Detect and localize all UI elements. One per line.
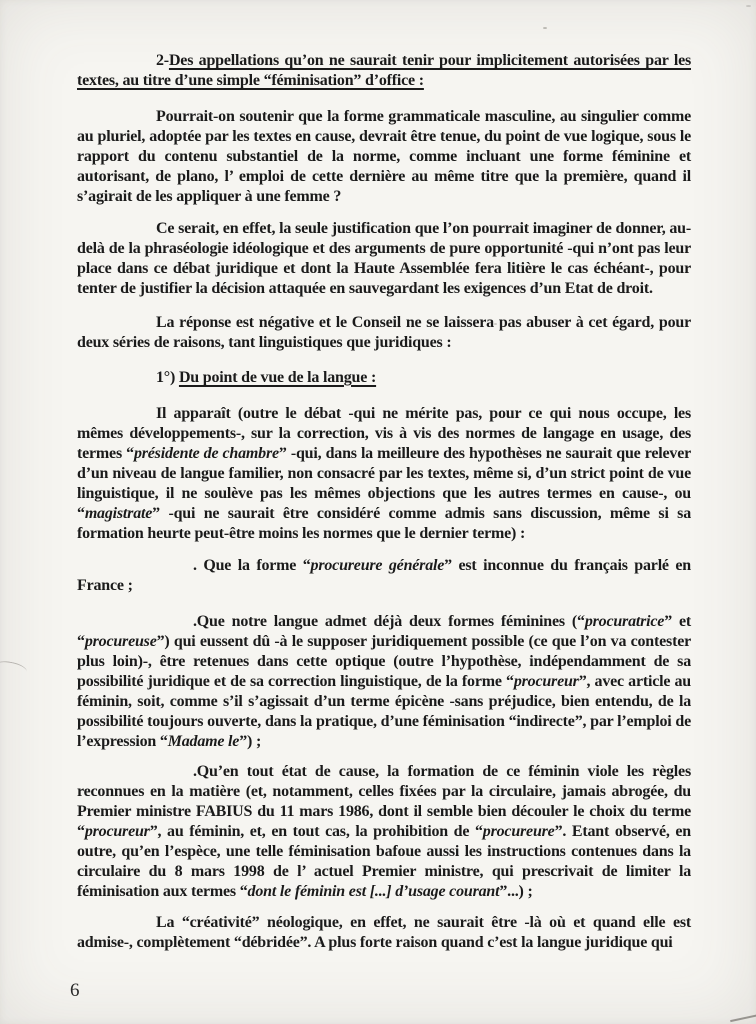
scanned-page: 2-Des appellations qu’on ne saurait teni… [0, 0, 756, 1024]
paragraph-6: .Que notre langue admet déjà deux formes… [77, 612, 691, 752]
paragraph-5: . Que la forme “procureure générale” est… [77, 556, 691, 596]
page-number: 6 [70, 980, 80, 1002]
section-heading: 2-Des appellations qu’on ne saurait teni… [77, 51, 691, 91]
paragraph-1: Pourrait-on soutenir que la forme gramma… [77, 107, 691, 207]
scan-scratch-mark [0, 659, 28, 678]
subsection-heading: 1°) Du point de vue de la langue : [77, 368, 691, 388]
paragraph-3: La réponse est négative et le Conseil ne… [77, 313, 691, 353]
paragraph-4: Il apparaît (outre le débat -qui ne méri… [77, 404, 691, 544]
scan-corner-mark [730, 1014, 756, 1022]
scan-speck [746, 5, 751, 7]
paragraph-8: La “créativité” néologique, en effet, ne… [77, 913, 691, 953]
document-text: 2-Des appellations qu’on ne saurait teni… [77, 51, 691, 953]
scan-speck [543, 27, 547, 29]
paragraph-2: Ce serait, en effet, la seule justificat… [77, 219, 691, 299]
scan-speck [494, 323, 497, 325]
paragraph-7: .Qu’en tout état de cause, la formation … [77, 762, 691, 902]
